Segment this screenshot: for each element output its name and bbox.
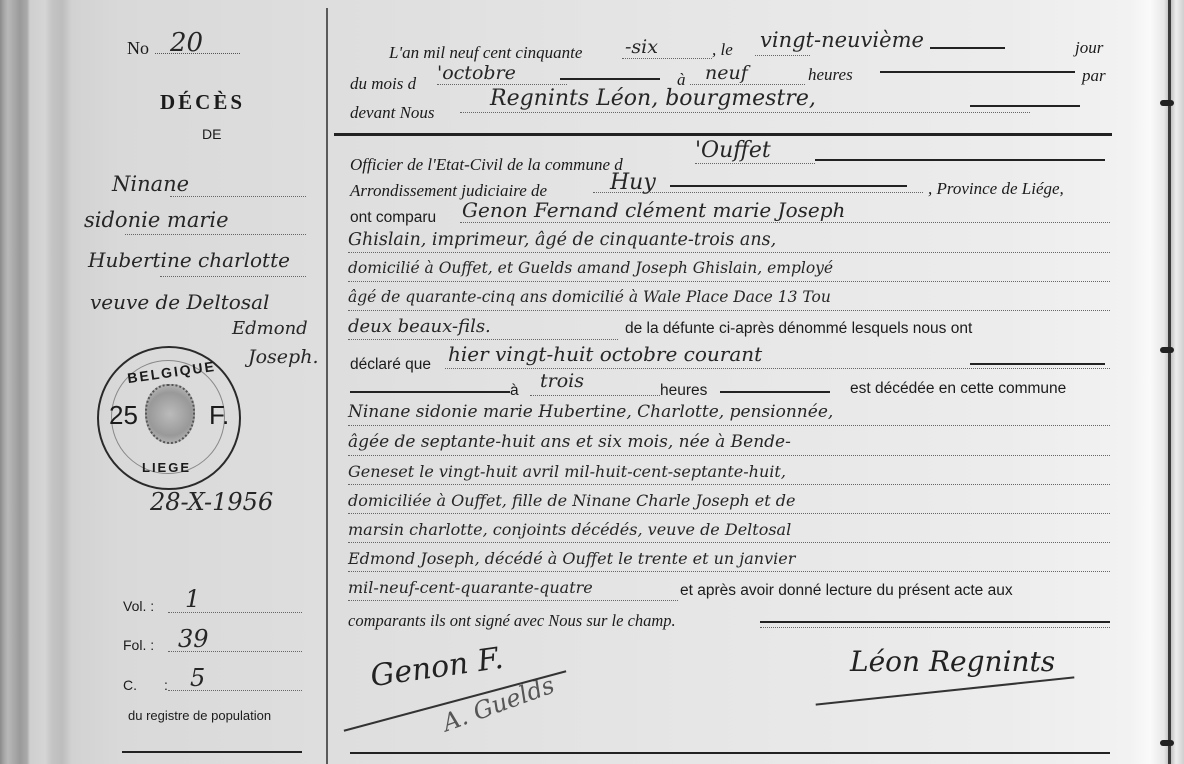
comparants-line: domicilié à Ouffet, et Guelds amand Jose… [348, 259, 833, 277]
comparants-dots [460, 222, 1110, 223]
heures-rule-2 [720, 391, 830, 393]
comparants-dots [348, 339, 618, 340]
c-dots [168, 690, 302, 691]
arrondissement-rule [670, 185, 907, 187]
heures-label: heures [808, 65, 853, 85]
deceased-line: domiciliée à Ouffet, fille de Ninane Cha… [348, 491, 796, 510]
deceased-line: mil-neuf-cent-quarante-quatre [348, 578, 593, 597]
deceased-name-line: Ninane [112, 172, 189, 196]
commune-rule [815, 159, 1105, 161]
comparants-dots [348, 310, 1110, 311]
fol-dots [168, 651, 302, 652]
name-dots [170, 196, 306, 197]
jour-label: jour [1075, 38, 1103, 58]
comparants-dots [348, 252, 1110, 253]
year-fill: -six [625, 36, 658, 58]
a-rule [350, 391, 510, 393]
devant-label: devant Nous [350, 103, 435, 123]
c-label: C. [123, 677, 137, 693]
fol-value: 39 [178, 625, 209, 653]
par-label: par [1082, 66, 1106, 86]
comparants-line: Genon Fernand clément marie Joseph [462, 198, 845, 222]
deceased-line: marsin charlotte, conjoints décédés, veu… [348, 520, 791, 539]
deceased-dots [348, 542, 1110, 543]
mois-label: du mois d [350, 74, 416, 94]
name-dots [160, 276, 306, 277]
vol-dots [168, 612, 302, 613]
deceased-line: Edmond Joseph, décédé à Ouffet le trente… [348, 549, 795, 568]
deceased-line: Geneset le vingt-huit avril mil-huit-cen… [348, 462, 786, 481]
arrondissement-dots [593, 192, 923, 193]
day-fill-rule [930, 47, 1005, 49]
column-divider [326, 8, 328, 764]
comparants-line: deux beaux-fils. [348, 316, 491, 337]
signe-label: comparants ils ont signé avec Nous sur l… [348, 611, 676, 631]
binding-staple [1160, 740, 1174, 746]
deceased-name-line: Edmond [232, 318, 308, 339]
deceased-name-line: sidonie marie [84, 208, 229, 232]
defunte-label: de la défunte ci-après dénommé lesquels … [625, 320, 972, 338]
hour-fill: neuf [705, 62, 748, 84]
decede-label: est décédée en cette commune [850, 380, 1066, 398]
coat-of-arms-icon [145, 384, 195, 444]
declare-fill: hier vingt-huit octobre courant [448, 342, 762, 366]
deceased-dots [348, 571, 1110, 572]
c-value: 5 [190, 664, 205, 692]
month-dots [437, 84, 567, 85]
signature-officer: Léon Regnints [850, 645, 1055, 678]
header-divider [334, 133, 1112, 136]
deceased-name-line: Hubertine charlotte [88, 248, 290, 272]
officer-fill: Regnints Léon, bourgmestre, [490, 86, 816, 111]
stamp-city: LIEGE [142, 460, 191, 475]
stamp-unit: F. [209, 400, 229, 431]
le-label: , le [712, 40, 733, 60]
deceased-name-line: Joseph. [248, 346, 319, 368]
vol-label: Vol. : [123, 598, 154, 614]
de-label: DE [202, 126, 221, 142]
left-bottom-rule [122, 751, 302, 753]
day-fill: vingt-neuvième [760, 28, 924, 52]
lecture-label: et après avoir donné lecture du présent … [680, 582, 1013, 600]
officer-rule [970, 105, 1080, 107]
signe-dots [760, 627, 1110, 628]
hour-dots [690, 84, 805, 85]
heures-label-2: heures [660, 382, 707, 400]
document-title: DÉCÈS [160, 90, 245, 115]
day-dots [755, 55, 810, 56]
act-number-label: No [127, 38, 149, 59]
commune-dots [695, 163, 815, 164]
comparants-line: âgé de quarante-cinq ans domicilié à Wal… [348, 288, 831, 306]
declare-label: déclaré que [350, 356, 431, 374]
commune-fill: 'Ouffet [695, 138, 771, 163]
comparu-label: ont comparu [350, 209, 436, 227]
deceased-dots [348, 484, 1110, 485]
heures-rule [880, 71, 1075, 73]
a-label-2: à [510, 382, 519, 400]
deceased-line: âgée de septante-huit ans et six mois, n… [348, 432, 791, 452]
officer-dots [460, 112, 1030, 113]
declare-rule [970, 363, 1105, 365]
binding-staple [1160, 347, 1174, 353]
month-fill: 'octobre [437, 62, 516, 84]
registry-caption: du registre de population [128, 708, 271, 723]
month-rule [560, 78, 660, 80]
signe-rule [760, 621, 1110, 623]
comparants-line: Ghislain, imprimeur, âgé de cinquante-tr… [348, 230, 776, 250]
fiscal-stamp: BELGIQUE 25 F. LIEGE [97, 346, 241, 490]
stamp-value: 25 [109, 400, 138, 431]
stamp-date: 28-X-1956 [150, 488, 273, 516]
comparants-dots [348, 281, 1110, 282]
year-dots [622, 58, 712, 59]
fol-label: Fol. : [123, 637, 154, 653]
death-hour-dots [530, 395, 660, 396]
act-number-dots [155, 53, 240, 54]
death-hour-fill: trois [540, 370, 584, 392]
province-label: , Province de Liége, [928, 179, 1064, 199]
bottom-rule [350, 752, 1110, 754]
intro-text: L'an mil neuf cent cinquante [389, 43, 582, 63]
deceased-name-line: veuve de Deltosal [90, 290, 269, 314]
page-edge [1168, 0, 1171, 764]
binding-staple [1160, 100, 1174, 106]
deceased-dots [348, 425, 1110, 426]
deceased-dots [348, 455, 1110, 456]
officier-label: Officier de l'Etat-Civil de la commune d [350, 155, 623, 175]
deceased-dots [348, 513, 1110, 514]
name-dots [125, 234, 306, 235]
deceased-line: Ninane sidonie marie Hubertine, Charlott… [348, 402, 833, 422]
declare-dots [445, 368, 1110, 369]
deceased-dots [348, 600, 678, 601]
vol-value: 1 [185, 585, 200, 613]
